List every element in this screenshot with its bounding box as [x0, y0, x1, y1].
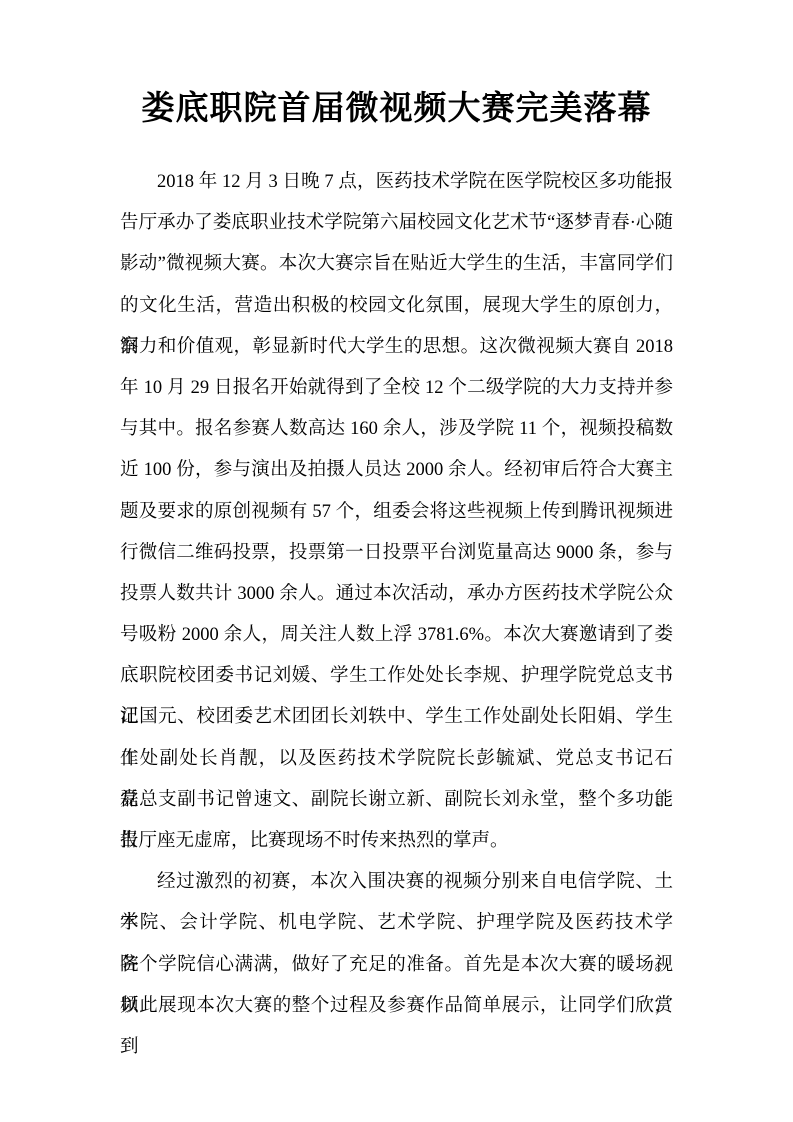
document-page: 娄底职院首届微视频大赛完美落幕 2018 年 12 月 3 日晚 7 点，医药技… [0, 0, 793, 1122]
text-line: 号吸粉 2000 余人，周关注人数上浮 3781.6%。本次大赛邀请到了娄 [120, 615, 673, 656]
text-line: 各个学院信心满满，做好了充足的准备。首先是本次大赛的暖场视频， [120, 945, 673, 986]
text-line: 党总支副书记曾速文、副院长谢立新、副院长刘永堂，整个多功能报 [120, 780, 673, 821]
text-line: 察力和价值观，彰显新时代大学生的思想。这次微视频大赛自 2018 [120, 327, 673, 368]
text-line: 的文化生活，营造出积极的校园文化氛围，展现大学生的原创力，洞 [120, 286, 673, 327]
text-line: 底职院校团委书记刘媛、学生工作处处长李规、护理学院党总支书记 [120, 656, 673, 697]
text-line: 告厅座无虚席，比赛现场不时传来热烈的掌声。 [120, 821, 673, 862]
text-line: 题及要求的原创视频有 57 个，组委会将这些视频上传到腾讯视频进 [120, 492, 673, 533]
document-body: 2018 年 12 月 3 日晚 7 点，医药技术学院在医学院校区多功能报告厅承… [120, 162, 673, 1027]
text-line: 作处副处长肖靓，以及医药技术学院院长彭毓斌、党总支书记石磊、 [120, 739, 673, 780]
text-line: 年 10 月 29 日报名开始就得到了全校 12 个二级学院的大力支持并参 [120, 368, 673, 409]
document-title: 娄底职院首届微视频大赛完美落幕 [0, 86, 793, 130]
text-line: 影动”微视频大赛。本次大赛宗旨在贴近大学生的生活，丰富同学们 [120, 244, 673, 285]
text-line: 以此展现本次大赛的整个过程及参赛作品简单展示，让同学们欣赏到 [120, 986, 673, 1027]
text-line: 告厅承办了娄底职业技术学院第六届校园文化艺术节“逐梦青春·心随 [120, 203, 673, 244]
text-line: 经过激烈的初赛，本次入围决赛的视频分别来自电信学院、土木 [120, 862, 673, 903]
text-line: 江国元、校团委艺术团团长刘轶中、学生工作处副处长阳娟、学生工 [120, 697, 673, 738]
text-line: 2018 年 12 月 3 日晚 7 点，医药技术学院在医学院校区多功能报 [120, 162, 673, 203]
text-line: 投票人数共计 3000 余人。通过本次活动，承办方医药技术学院公众 [120, 574, 673, 615]
text-line: 行微信二维码投票，投票第一日投票平台浏览量高达 9000 条，参与 [120, 533, 673, 574]
text-line: 近 100 份，参与演出及拍摄人员达 2000 余人。经初审后符合大赛主 [120, 450, 673, 491]
text-line: 学院、会计学院、机电学院、艺术学院、护理学院及医药技术学院。 [120, 903, 673, 944]
text-line: 与其中。报名参赛人数高达 160 余人，涉及学院 11 个，视频投稿数 [120, 409, 673, 450]
